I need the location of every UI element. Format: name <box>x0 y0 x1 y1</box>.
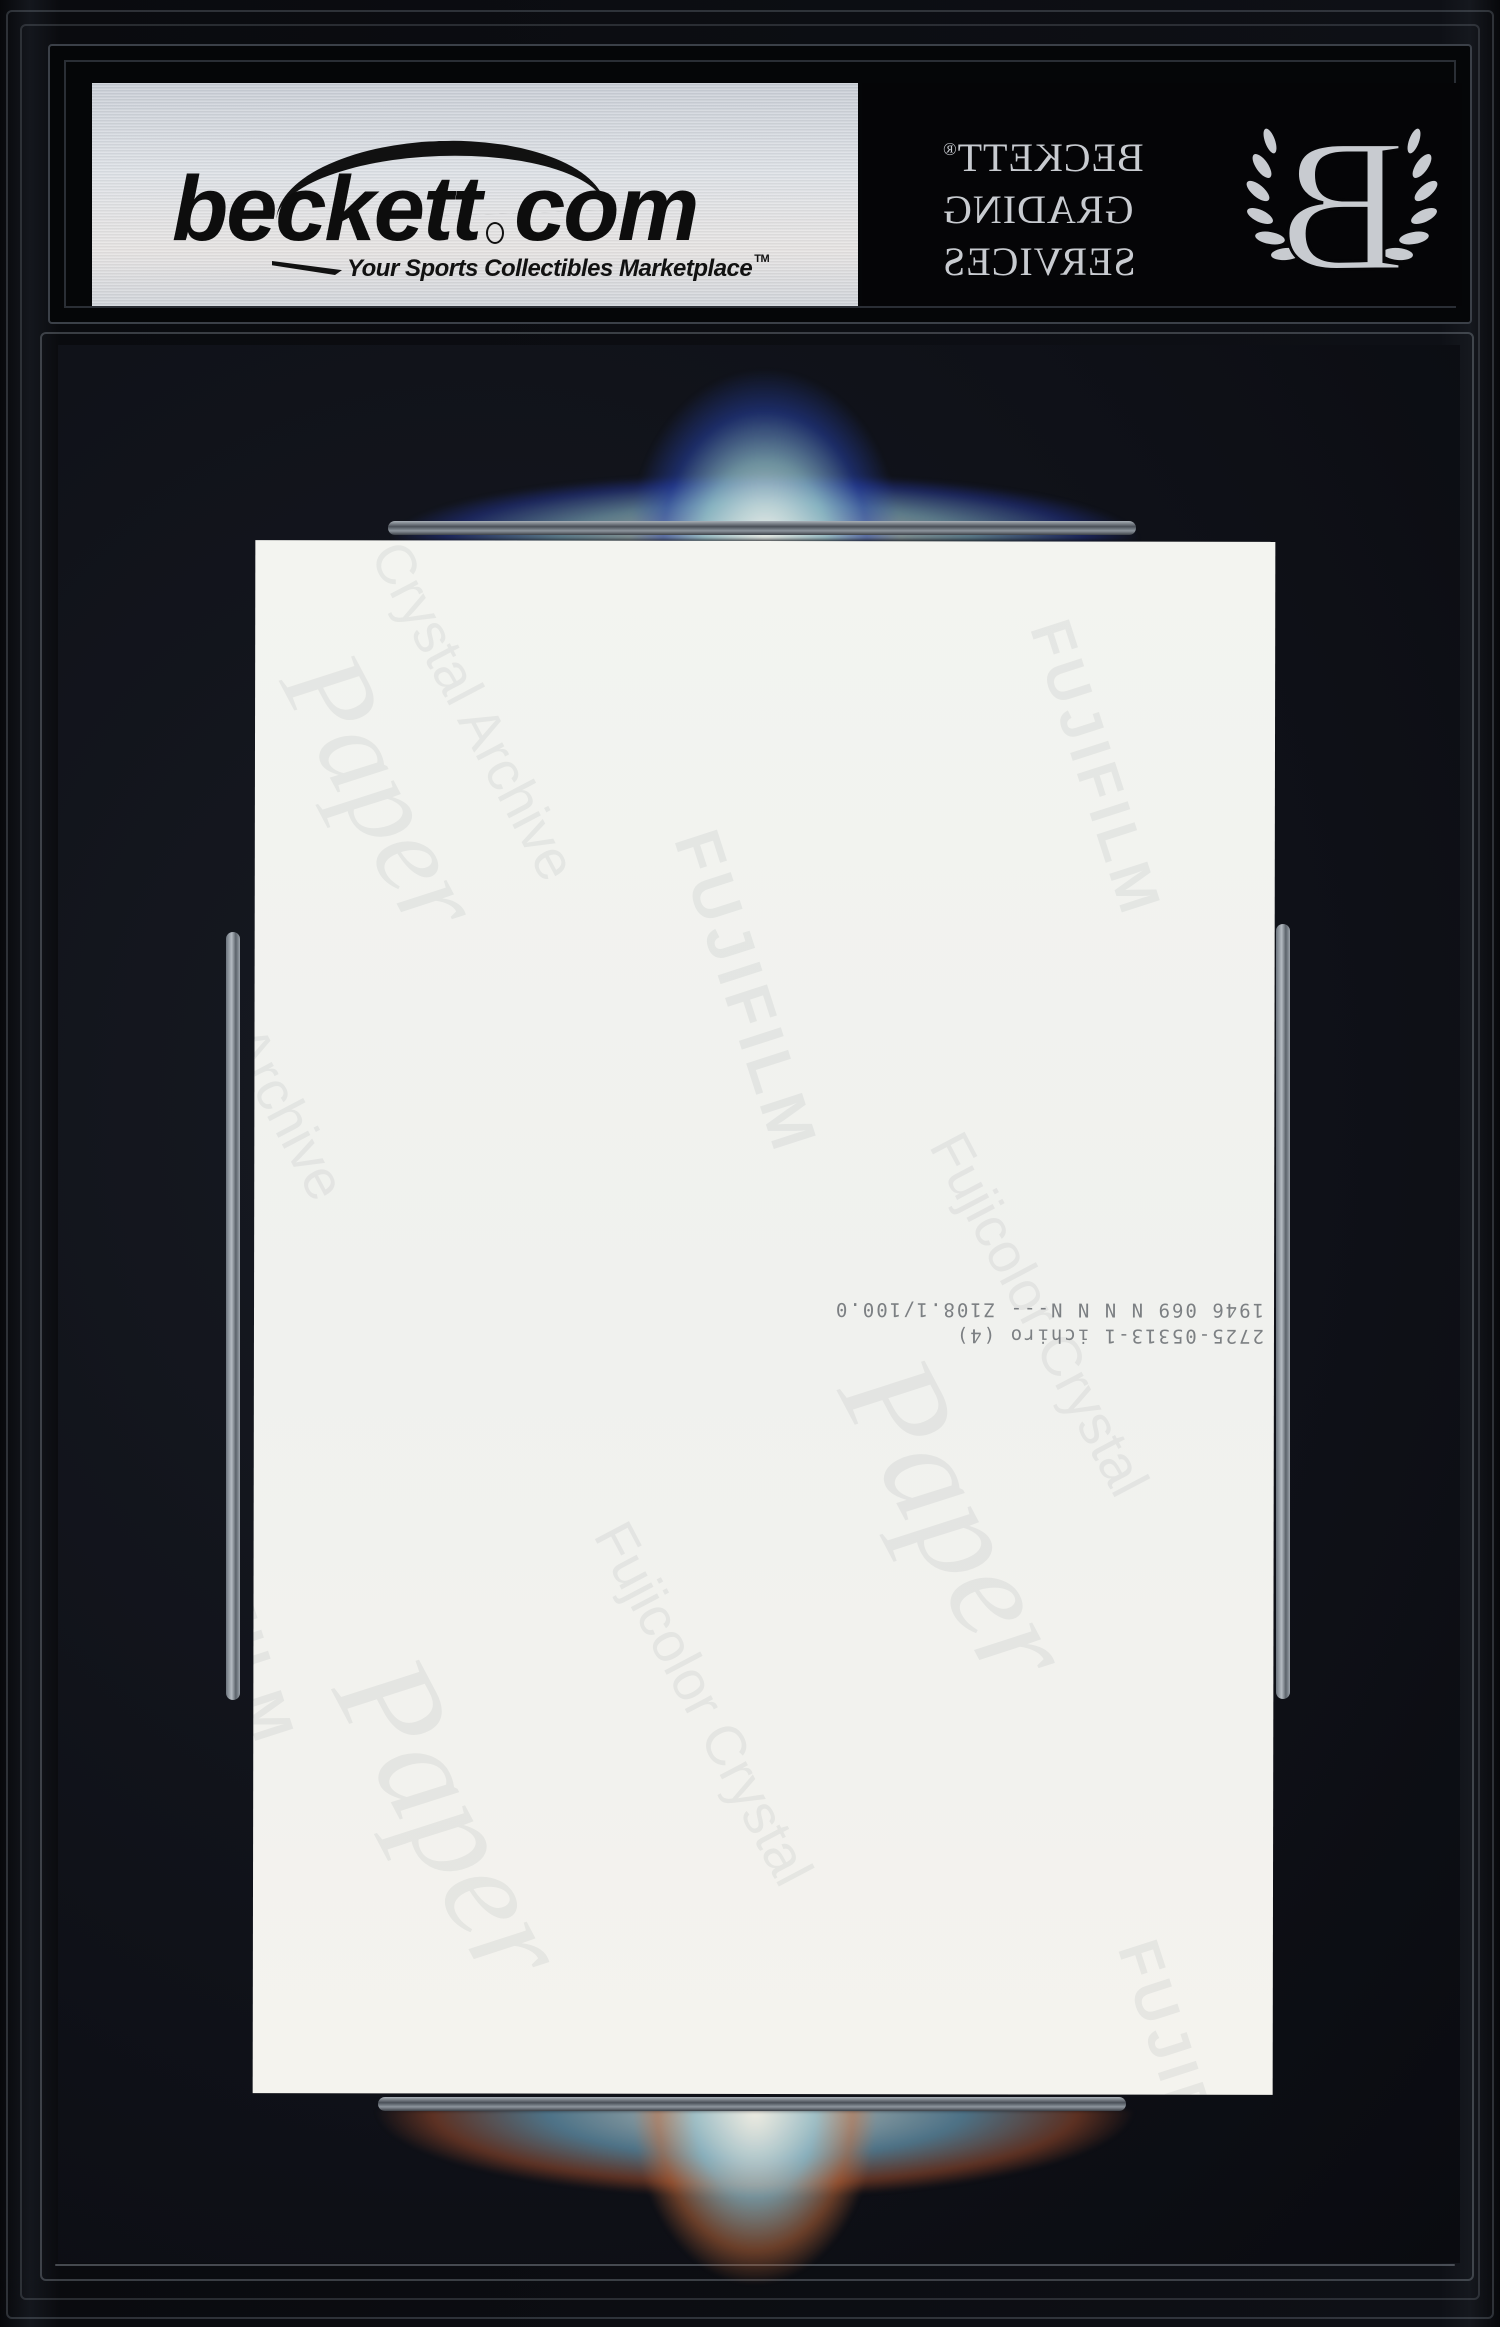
top-prong-glare <box>390 350 1140 540</box>
bgs-line-1: BECKETT® <box>942 123 1172 184</box>
brand-dot-icon <box>486 222 504 244</box>
watermark: FUJIFILM <box>659 821 833 1163</box>
grading-slab: beckettcom Your Sports Collectibles Mark… <box>0 0 1500 2327</box>
watermark: Fujicolor Crystal <box>581 1511 826 1896</box>
print-line-1: 2725-05313-1 ichiro (4) <box>614 1322 1264 1349</box>
photo-back: FUJIFILM Crystal Archive Crystal Archive… <box>253 540 1276 2095</box>
lab-print-stamp: 2725-05313-1 ichiro (4) 1946 069 N N N N… <box>614 1296 1264 1349</box>
bgs-line-1-text: BECKETT <box>957 135 1144 180</box>
tagline-text: Your Sports Collectibles Marketplace <box>347 255 752 282</box>
brand-wordmark: beckettcom <box>172 163 697 255</box>
right-side-clip <box>1276 924 1290 1699</box>
bottom-prong-glare <box>375 2110 1135 2285</box>
watermark: Paper <box>301 1630 603 2008</box>
trademark: TM <box>754 253 769 265</box>
swoosh-bottom-icon <box>272 261 342 275</box>
bgs-b-laurel-icon: B <box>1232 101 1452 291</box>
print-line-2: 1946 069 N N N N--- Z108.1/100.0 <box>614 1296 1264 1323</box>
bgs-label: BECKETT® GRADING SERVICES <box>862 83 1462 306</box>
top-prong <box>388 521 1136 535</box>
watermark: FUJIFILM <box>1016 612 1175 927</box>
bgs-line-2: GRADING <box>942 184 1172 236</box>
watermark: Crystal Archive <box>253 850 360 1210</box>
bgs-line-3: SERVICES <box>942 236 1172 288</box>
tagline: Your Sports Collectibles MarketplaceTM <box>347 253 769 283</box>
brand-main: beckett <box>172 158 480 260</box>
watermark: FUJIFILM <box>1104 1932 1263 2095</box>
beckett-com-label: beckettcom Your Sports Collectibles Mark… <box>92 83 858 306</box>
registered-mark: ® <box>942 139 957 159</box>
left-side-clip <box>226 932 240 1700</box>
bottom-prong <box>378 2097 1126 2111</box>
brand-tld: com <box>514 158 697 260</box>
svg-text:B: B <box>1279 101 1406 291</box>
watermark: FUJIFILM <box>253 1440 309 1755</box>
bgs-wordmark: BECKETT® GRADING SERVICES <box>942 123 1172 288</box>
